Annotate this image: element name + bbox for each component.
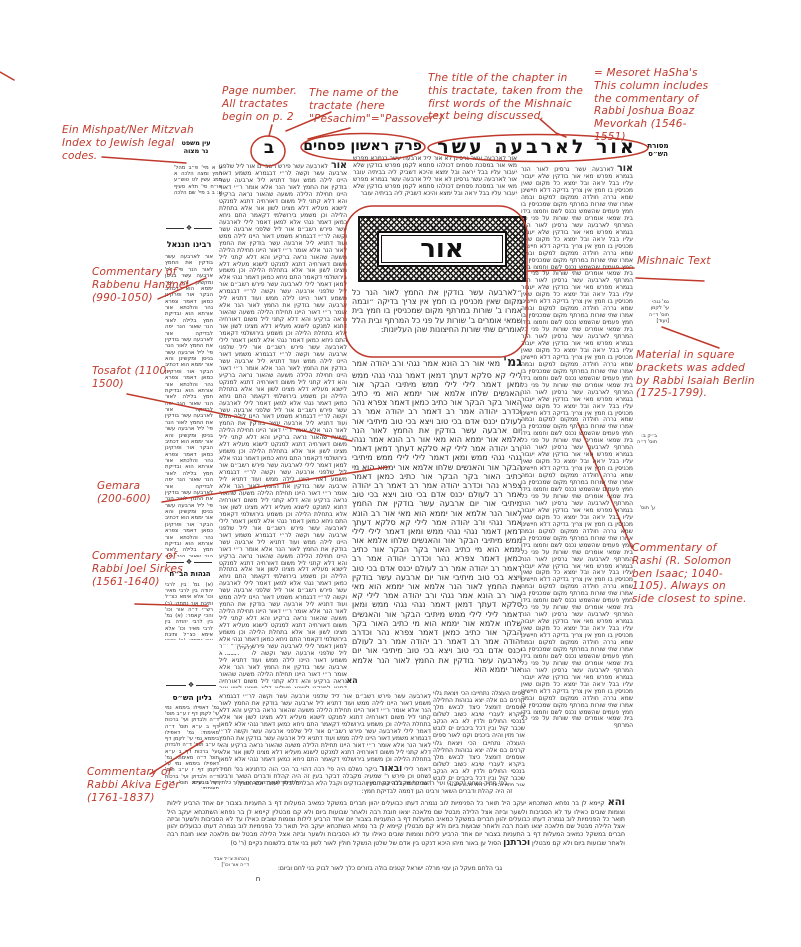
annotation-isaiah-berlin: Material in square brackets was added by… (636, 349, 755, 400)
ornamental-frame: אור (358, 216, 526, 282)
rashi-text: לארבעה עשר גרסינן לאור הנר בגמרא מפרש מא… (521, 166, 633, 729)
gemara-catchword: הא (340, 676, 364, 687)
bottom-intro: בפ' תמיד נשחט (קמ״ז) ועי' ר' שמעי' מקבלה… (250, 780, 624, 796)
bottom-text: הסול ען באור מיהו היכא דנקט בין אדם של ש… (230, 840, 501, 847)
bottom-last-line: גבי הלחם מעקל הן עטי מרלה ישראל קטנים בו… (255, 865, 525, 874)
tosafot-column: אורלארבעה עשר פירש רשב״ם אור ליל שלפני א… (219, 160, 347, 688)
gilyon-hashas-header: גליון הש״ס (167, 693, 217, 702)
pointer-line-page-number (269, 125, 272, 136)
annotation-rashi: Commentary of Rashi (R. Solomon ben Isaa… (632, 542, 747, 606)
annotation-page-number: Page number. All tractates begin on p. 2 (222, 85, 297, 123)
leil-note: (לעיל) (222, 645, 252, 654)
bottom-main-block: והאקיימא לן בר נפחא השתכחא יעקב היל תואר… (167, 797, 625, 861)
annotated-talmud-page-diagram: Ein Mishpat/Ner Mitzvah Index to Jewish … (0, 0, 801, 947)
annotation-gemara: Gemara (200-600) (97, 480, 151, 506)
annotation-tractate-name: The name of the tractate (here "Pesachim… (309, 87, 443, 125)
annotation-mesoret-hashas: = Mesoret HaSha's This column includes t… (594, 67, 708, 144)
tractate-chapter-header: פרק ראשון פסחים (306, 138, 422, 154)
annotation-ein-mishpat: Ein Mishpat/Ner Mitzvah Index to Jewish … (62, 124, 194, 162)
annotation-akiva-eger: Commentary of Rabbi Akiva Eger (1761-183… (87, 766, 180, 804)
ornament-word: אור (377, 231, 507, 267)
mishnah-text: ״לארבעה עשר בודקין את החמץ לאור הנר כל מ… (352, 288, 522, 352)
mesoret-hashas-label: מסורת הש״ס (640, 142, 676, 158)
flourish-divider-icon: ❖ (166, 682, 216, 689)
bottom-initial-word: והא (605, 797, 625, 808)
annotation-tosafot: Tosafot (1100- 1500) (92, 365, 170, 391)
mesoret-note: גמ' נגהי עי' לקמן תוס' ד״ה [ועוד] (629, 299, 669, 341)
rashi-column: אורלארבעה עשר גרסינן לאור הנר בגמרא מפרש… (521, 163, 633, 775)
gemara-column: גמ'מאי אור רב הונא אמר נגהי ורב יהודה אמ… (352, 356, 522, 674)
rabbenu-hananel-header: רבינו חננאל (166, 240, 212, 249)
tosafot-text: לארבעה עשר פירש רשב״ם אור ליל שלפני ארבע… (219, 694, 431, 773)
annotation-mishnaic-text: Mishnaic Text (637, 255, 711, 268)
tosafot-text: לארבעה עשר פירש רשב״ם אור ליל שלפני ארבע… (219, 163, 347, 688)
annotation-joel-sirkes: Commentary of Rabbi Joel Sirkes (1561-16… (92, 550, 183, 588)
rashi-top-block: אור לארבעה עשר גרסינן לא אור ליל ארבעה ע… (353, 156, 517, 206)
center-bottom-block: ספים העצלה נתחייבו הכי ויצאת גלוי קרנים … (433, 690, 525, 786)
bottom-note: [הגהות צ״ל אבל ד״ה אור וכו'] (177, 857, 249, 879)
bottom-mark: ח (252, 875, 264, 885)
tosafot-bottom-block: לארבעה עשר פירש רשב״ם אור ליל שלפני ארבע… (219, 694, 431, 788)
annotation-rabbenu-hananel: Commentary of Rabbenu Hananel (990-1050) (92, 266, 189, 304)
gemara-initial-word: גמ' (500, 356, 522, 370)
mesoret-note: ב״ק ב: תוס' ד״ה (625, 433, 657, 449)
hagahot-bach-text: (א) גמ' בין לרבי יהודה בין לרבי מאיר וכו… (165, 582, 213, 640)
page-letter: ב (254, 138, 284, 158)
ein-mishpat-text: א א מיי' פ״ב מהל' חמץ ומצה הלכה א סמג עש… (174, 165, 222, 196)
underline-mishnaic-text (636, 278, 704, 281)
mesoret-note: ע' תוס' (627, 505, 655, 513)
annotation-chapter-title: The title of the chapter in this tractat… (428, 72, 583, 123)
gemara-text: מאי אור רב הונא אמר נגהי ורב יהודה אמר ל… (352, 359, 522, 674)
pointer-line-berlin (662, 327, 719, 348)
bottom-catchword: וכרתנן (501, 838, 532, 848)
pointer-line (0, 72, 14, 80)
flourish-divider-icon: ❖ (166, 225, 212, 232)
